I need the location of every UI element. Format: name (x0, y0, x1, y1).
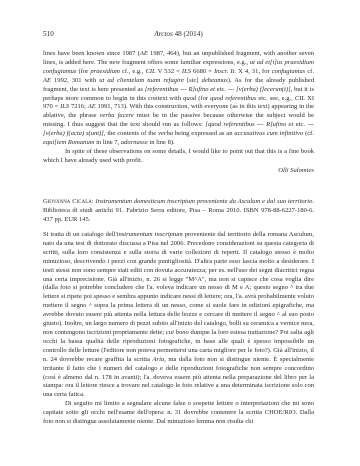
review-2-paragraph-2: Di seguito mi limito a segnalare alcune … (43, 400, 314, 427)
running-title: Arctos 48 (2014) (43, 30, 314, 38)
review-2-citation: Giovanna Cicala: Instrumentum domesticum… (43, 198, 314, 225)
review-1-paragraph-2: In spite of these observations on some d… (43, 148, 314, 166)
review-1-paragraph-1: lines have been known since 1987 (AE 198… (43, 50, 314, 148)
review-1-body: lines have been known since 1987 (AE 198… (43, 50, 314, 166)
journal-volume: 48 (2014) (173, 30, 203, 38)
review-2-body: Si tratta di un catalogo dell'instrument… (43, 231, 314, 427)
reviewer-signature: Olli Salomies (43, 167, 314, 174)
review-2-paragraph-1: Si tratta di un catalogo dell'instrument… (43, 231, 314, 400)
page-header: 510 Arctos 48 (2014) (43, 30, 314, 40)
journal-name: Arctos (154, 30, 173, 38)
